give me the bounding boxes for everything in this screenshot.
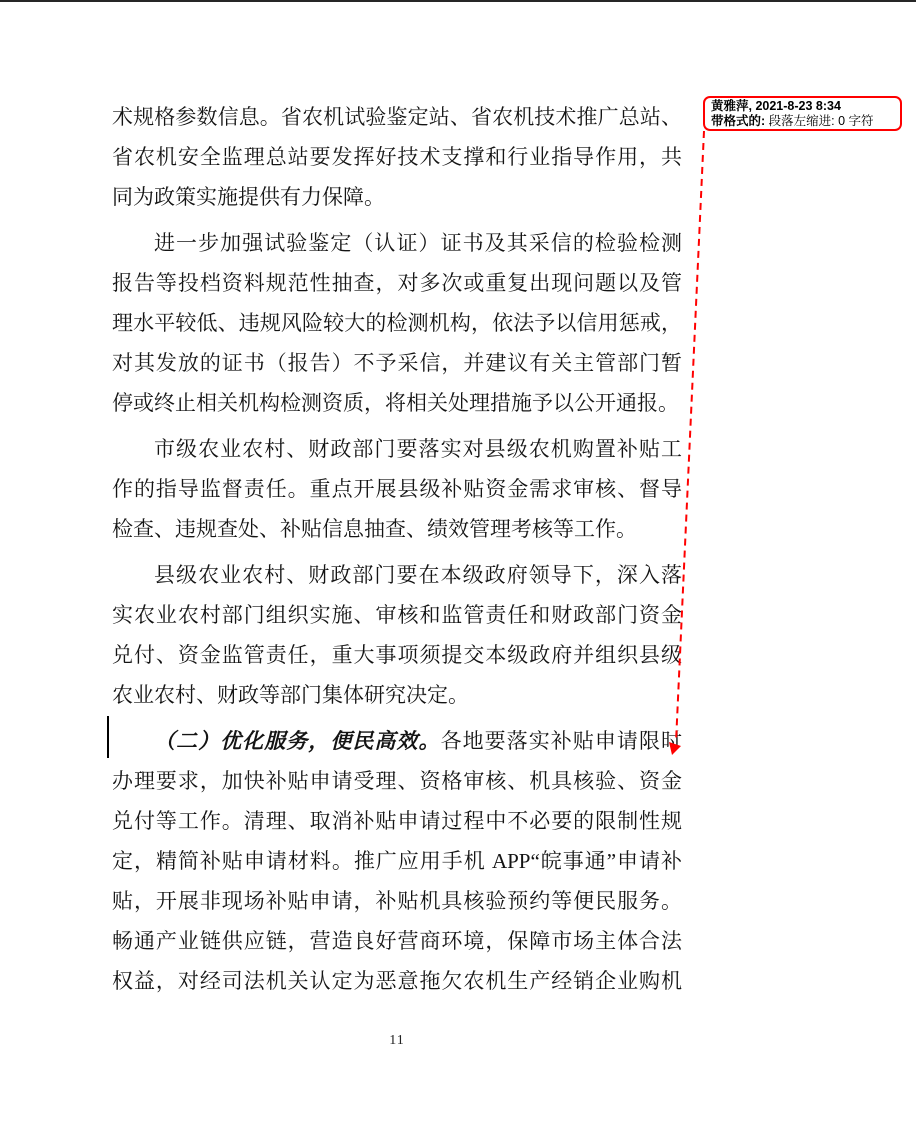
run-regular: 对其发放的证书（报告）不予采信，并建议有关主管部门暂 bbox=[112, 351, 682, 375]
run-regular: 同为政策实施提供有力保障。 bbox=[112, 185, 385, 209]
comment-format-detail: 段落左缩进: 0 字符 bbox=[769, 114, 874, 128]
run-regular: 理水平较低、违规风险较大的检测机构，依法予以信用惩戒， bbox=[112, 311, 682, 335]
text-line: 理水平较低、违规风险较大的检测机构，依法予以信用惩戒， bbox=[112, 303, 682, 343]
run-regular: 农业农村、财政等部门集体研究决定。 bbox=[112, 683, 469, 707]
run-bold-italic: （二）优化服务，便民高效。 bbox=[154, 729, 441, 753]
run-regular: 停或终止相关机构检测资质，将相关处理措施予以公开通报。 bbox=[112, 391, 679, 415]
text-line: 停或终止相关机构检测资质，将相关处理措施予以公开通报。 bbox=[112, 383, 682, 423]
run-regular: 兑付、资金监管责任，重大事项须提交本级政府并组织县级 bbox=[112, 643, 682, 667]
run-regular: 定，精简补贴申请材料。推广应用手机 APP“皖事通”申请补 bbox=[112, 849, 682, 873]
text-line: 畅通产业链供应链，营造良好营商环境，保障市场主体合法 bbox=[112, 921, 682, 961]
run-regular: 兑付等工作。清理、取消补贴申请过程中不必要的限制性规 bbox=[112, 809, 682, 833]
paragraph: 术规格参数信息。省农机试验鉴定站、省农机技术推广总站、省农机安全监理总站要发挥好… bbox=[112, 97, 682, 217]
revision-change-bar bbox=[107, 716, 109, 758]
run-regular: 检查、违规查处、补贴信息抽查、绩效管理考核等工作。 bbox=[112, 517, 637, 541]
text-line: 办理要求，加快补贴申请受理、资格审核、机具核验、资金 bbox=[112, 761, 682, 801]
document-page: 术规格参数信息。省农机试验鉴定站、省农机技术推广总站、省农机安全监理总站要发挥好… bbox=[0, 0, 916, 1122]
comment-author: 黄雅萍, 2021-8-23 8:34 bbox=[711, 99, 841, 113]
run-regular: 各地要落实补贴申请限时 bbox=[441, 729, 682, 753]
text-line: 进一步加强试验鉴定（认证）证书及其采信的检验检测 bbox=[112, 223, 682, 263]
text-line: 农业农村、财政等部门集体研究决定。 bbox=[112, 675, 682, 715]
paragraph: 市级农业农村、财政部门要落实对县级农机购置补贴工作的指导监督责任。重点开展县级补… bbox=[112, 429, 682, 549]
paragraph: 县级农业农村、财政部门要在本级政府领导下，深入落实农业农村部门组织实施、审核和监… bbox=[112, 555, 682, 715]
run-regular: 作的指导监督责任。重点开展县级补贴资金需求审核、督导 bbox=[112, 477, 682, 501]
text-line: 同为政策实施提供有力保障。 bbox=[112, 177, 682, 217]
text-line: 贴，开展非现场补贴申请，补贴机具核验预约等便民服务。 bbox=[112, 881, 682, 921]
text-line: 报告等投档资料规范性抽查，对多次或重复出现问题以及管 bbox=[112, 263, 682, 303]
comment-author-line: 黄雅萍, 2021-8-23 8:34 bbox=[711, 99, 894, 114]
text-line: 兑付、资金监管责任，重大事项须提交本级政府并组织县级 bbox=[112, 635, 682, 675]
run-regular: 办理要求，加快补贴申请受理、资格审核、机具核验、资金 bbox=[112, 769, 682, 793]
text-line: 对其发放的证书（报告）不予采信，并建议有关主管部门暂 bbox=[112, 343, 682, 383]
run-regular: 贴，开展非现场补贴申请，补贴机具核验预约等便民服务。 bbox=[112, 889, 682, 913]
text-line: 省农机安全监理总站要发挥好技术支撑和行业指导作用，共 bbox=[112, 137, 682, 177]
text-line: （二）优化服务，便民高效。各地要落实补贴申请限时 bbox=[112, 721, 682, 761]
text-line: 作的指导监督责任。重点开展县级补贴资金需求审核、督导 bbox=[112, 469, 682, 509]
format-change-comment[interactable]: 黄雅萍, 2021-8-23 8:34 带格式的: 段落左缩进: 0 字符 bbox=[703, 96, 902, 131]
paragraph: （二）优化服务，便民高效。各地要落实补贴申请限时办理要求，加快补贴申请受理、资格… bbox=[112, 721, 682, 1001]
comment-format-line: 带格式的: 段落左缩进: 0 字符 bbox=[711, 114, 894, 129]
run-regular: 市级农业农村、财政部门要落实对县级农机购置补贴工 bbox=[154, 437, 682, 461]
run-regular: 报告等投档资料规范性抽查，对多次或重复出现问题以及管 bbox=[112, 271, 682, 295]
page-number: 11 bbox=[112, 1033, 682, 1049]
text-line: 检查、违规查处、补贴信息抽查、绩效管理考核等工作。 bbox=[112, 509, 682, 549]
comment-format-label: 带格式的: bbox=[711, 114, 765, 128]
document-body: 术规格参数信息。省农机试验鉴定站、省农机技术推广总站、省农机安全监理总站要发挥好… bbox=[112, 97, 682, 1007]
text-line: 术规格参数信息。省农机试验鉴定站、省农机技术推广总站、 bbox=[112, 97, 682, 137]
run-regular: 权益，对经司法机关认定为恶意拖欠农机生产经销企业购机 bbox=[112, 969, 682, 993]
run-regular: 进一步加强试验鉴定（认证）证书及其采信的检验检测 bbox=[154, 231, 682, 255]
text-line: 市级农业农村、财政部门要落实对县级农机购置补贴工 bbox=[112, 429, 682, 469]
page-top-edge bbox=[0, 0, 916, 2]
run-regular: 术规格参数信息。省农机试验鉴定站、省农机技术推广总站、 bbox=[112, 105, 682, 129]
run-regular: 省农机安全监理总站要发挥好技术支撑和行业指导作用，共 bbox=[112, 145, 682, 169]
text-line: 县级农业农村、财政部门要在本级政府领导下，深入落 bbox=[112, 555, 682, 595]
run-regular: 实农业农村部门组织实施、审核和监管责任和财政部门资金 bbox=[112, 603, 682, 627]
text-line: 定，精简补贴申请材料。推广应用手机 APP“皖事通”申请补 bbox=[112, 841, 682, 881]
paragraph: 进一步加强试验鉴定（认证）证书及其采信的检验检测报告等投档资料规范性抽查，对多次… bbox=[112, 223, 682, 423]
text-line: 兑付等工作。清理、取消补贴申请过程中不必要的限制性规 bbox=[112, 801, 682, 841]
text-line: 权益，对经司法机关认定为恶意拖欠农机生产经销企业购机 bbox=[112, 961, 682, 1001]
run-regular: 畅通产业链供应链，营造良好营商环境，保障市场主体合法 bbox=[112, 929, 682, 953]
text-line: 实农业农村部门组织实施、审核和监管责任和财政部门资金 bbox=[112, 595, 682, 635]
run-regular: 县级农业农村、财政部门要在本级政府领导下，深入落 bbox=[154, 563, 682, 587]
